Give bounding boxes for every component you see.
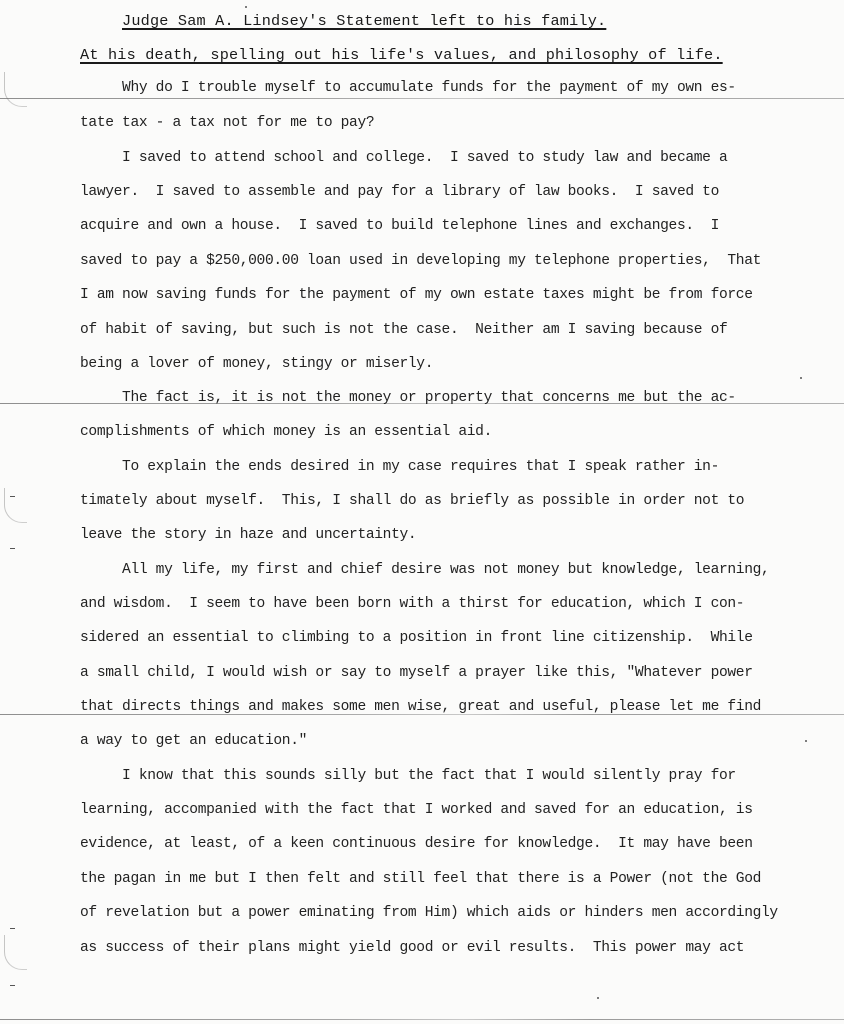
text-line: sidered an essential to climbing to a po…	[80, 630, 753, 646]
scan-line	[0, 1019, 844, 1020]
margin-mark	[10, 496, 15, 497]
document-page: Judge Sam A. Lindsey's Statement left to…	[0, 0, 844, 1024]
punch-hole-mark	[4, 935, 27, 970]
speck	[805, 740, 807, 742]
text-line: of habit of saving, but such is not the …	[80, 322, 727, 338]
punch-hole-mark	[4, 72, 27, 107]
margin-mark	[10, 548, 15, 549]
text-line: The fact is, it is not the money or prop…	[80, 390, 736, 406]
text-line: leave the story in haze and uncertainty.	[80, 527, 416, 543]
text-line: the pagan in me but I then felt and stil…	[80, 871, 761, 887]
text-line: acquire and own a house. I saved to buil…	[80, 218, 719, 234]
text-line: being a lover of money, stingy or miserl…	[80, 356, 433, 372]
speck	[245, 6, 247, 8]
text-line: All my life, my first and chief desire w…	[80, 562, 769, 578]
text-line: a small child, I would wish or say to my…	[80, 665, 753, 681]
text-line: I know that this sounds silly but the fa…	[80, 768, 736, 784]
text-line: of revelation but a power eminating from…	[80, 905, 778, 921]
text-line: lawyer. I saved to assemble and pay for …	[80, 184, 719, 200]
text-line: that directs things and makes some men w…	[80, 699, 761, 715]
margin-mark	[10, 928, 15, 929]
scan-line	[0, 98, 844, 99]
speck	[597, 997, 599, 999]
margin-mark	[10, 985, 15, 986]
text-line: I am now saving funds for the payment of…	[80, 287, 753, 303]
text-line: learning, accompanied with the fact that…	[80, 802, 753, 818]
text-line: a way to get an education."	[80, 733, 307, 749]
document-subtitle: At his death, spelling out his life's va…	[80, 46, 723, 64]
speck	[800, 377, 802, 379]
text-line: saved to pay a $250,000.00 loan used in …	[80, 253, 761, 269]
document-title: Judge Sam A. Lindsey's Statement left to…	[122, 12, 606, 30]
punch-hole-mark	[4, 488, 27, 523]
text-line: and wisdom. I seem to have been born wit…	[80, 596, 744, 612]
text-line: Why do I trouble myself to accumulate fu…	[80, 80, 736, 96]
text-line: tate tax - a tax not for me to pay?	[80, 115, 374, 131]
text-line: To explain the ends desired in my case r…	[80, 459, 719, 475]
text-line: evidence, at least, of a keen continuous…	[80, 836, 753, 852]
text-line: as success of their plans might yield go…	[80, 940, 744, 956]
text-line: complishments of which money is an essen…	[80, 424, 492, 440]
text-line: I saved to attend school and college. I …	[80, 150, 727, 166]
text-line: timately about myself. This, I shall do …	[80, 493, 744, 509]
